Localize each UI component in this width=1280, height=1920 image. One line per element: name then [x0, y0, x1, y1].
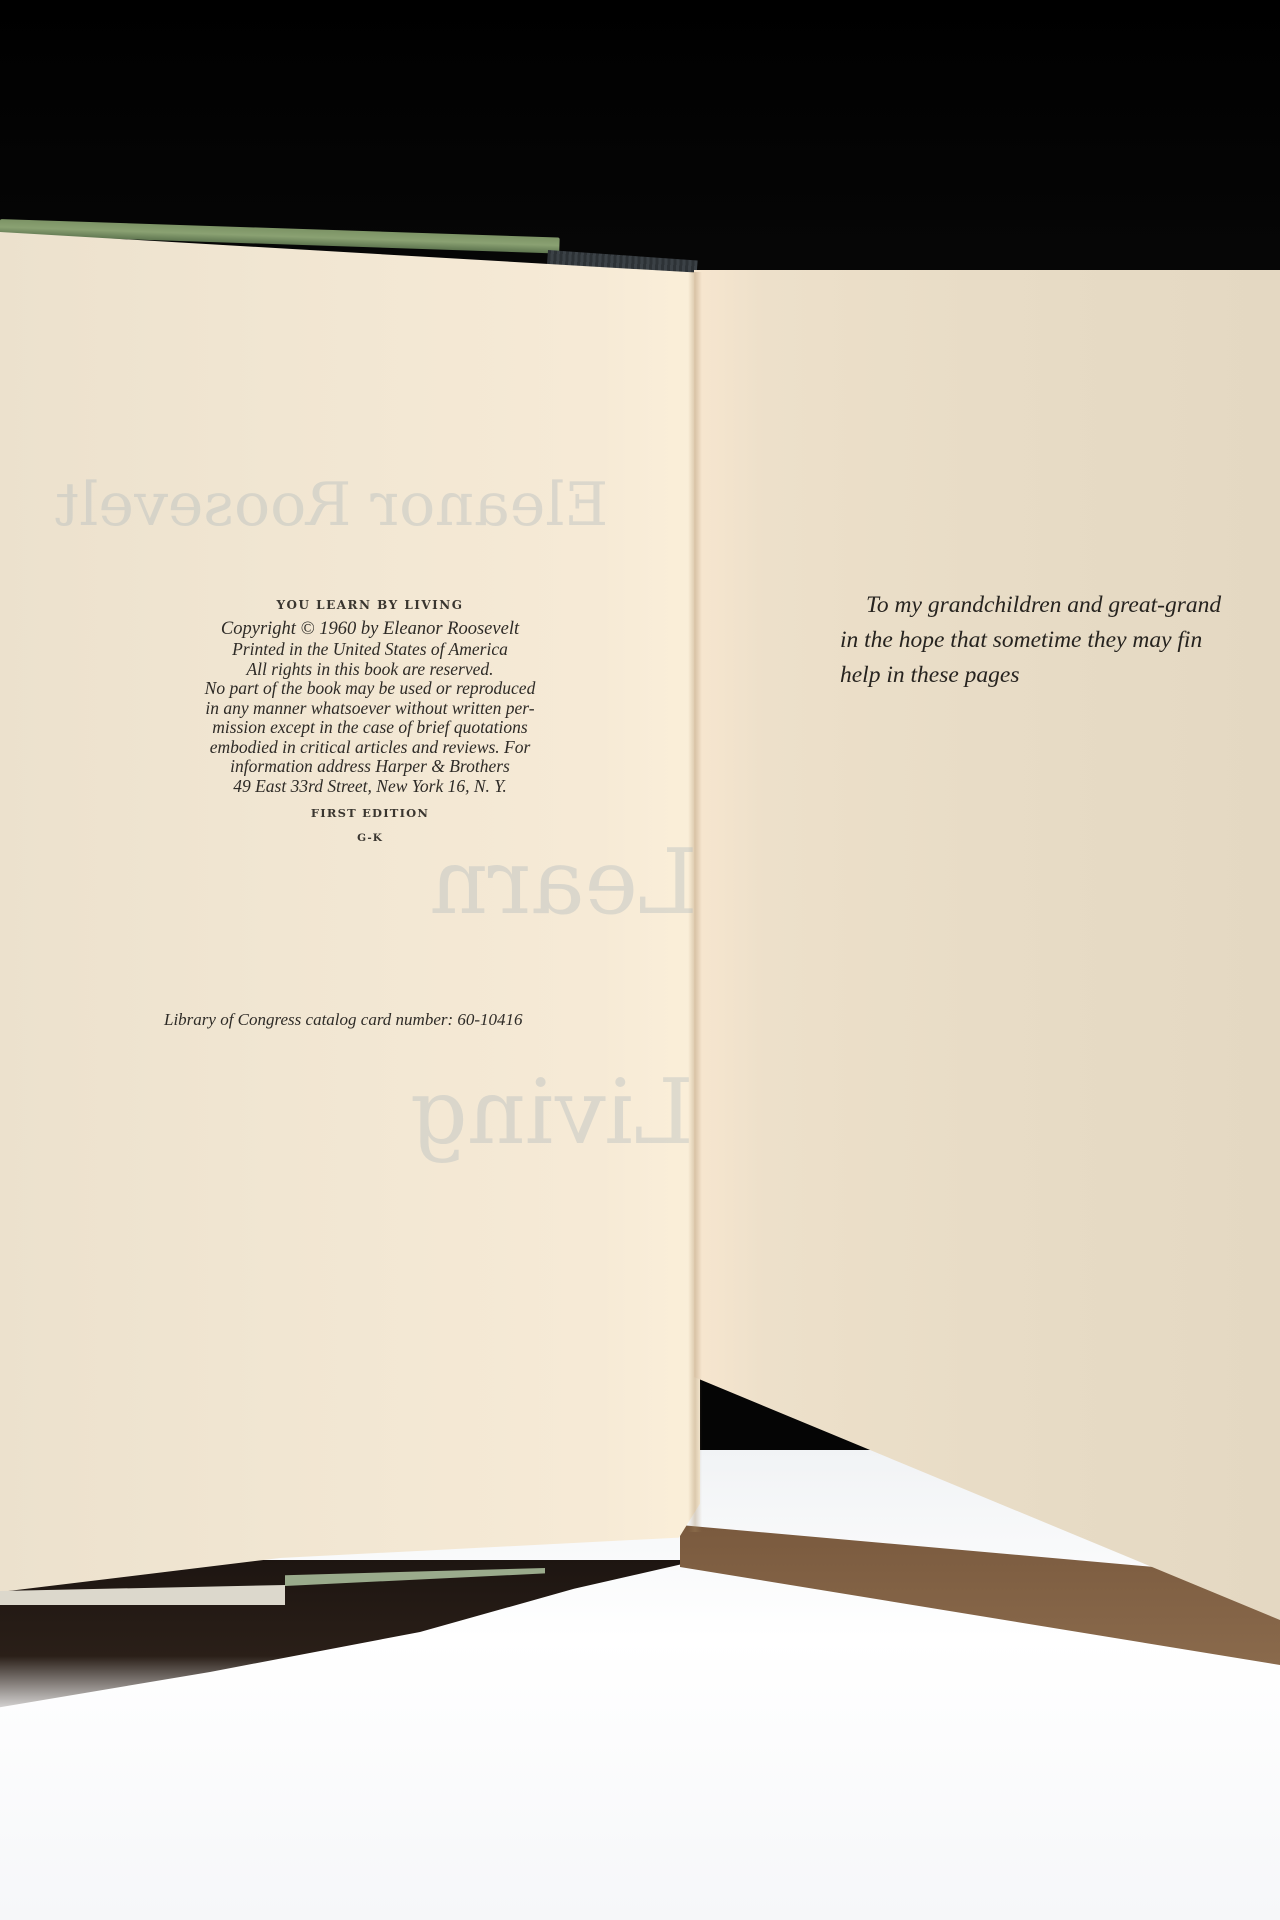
copyright-text-line: mission except in the case of brief quot…: [160, 718, 580, 738]
copyright-notice: YOU LEARN BY LIVING Copyright © 1960 by …: [160, 598, 580, 844]
copyright-text-line: in any manner whatsoever without written…: [160, 699, 580, 719]
show-through-title-learn: Learn: [430, 830, 698, 935]
dedication-line: To my grandchildren and great-grand: [840, 588, 1280, 623]
book-photo-scene: Eleanor Roosevelt Learn Living YOU LEARN…: [0, 0, 1280, 1920]
copyright-text-line: Printed in the United States of America: [160, 640, 580, 660]
dedication-text: To my grandchildren and great-grand in t…: [840, 588, 1280, 693]
dedication-line: help in these pages: [840, 658, 1280, 693]
copyright-text-line: information address Harper & Brothers: [160, 757, 580, 777]
copyright-line: Copyright © 1960 by Eleanor Roosevelt: [160, 618, 580, 640]
copyright-text-line: 49 East 33rd Street, New York 16, N. Y.: [160, 777, 580, 797]
copyright-text-line: All rights in this book are reserved.: [160, 660, 580, 680]
edition-label: FIRST EDITION: [160, 806, 580, 820]
library-of-congress-line: Library of Congress catalog card number:…: [164, 1010, 584, 1030]
copyright-text-line: embodied in critical articles and review…: [160, 738, 580, 758]
book-title: YOU LEARN BY LIVING: [160, 598, 580, 612]
dedication-line: in the hope that sometime they may fin: [840, 623, 1280, 658]
right-page-dedication: [694, 270, 1280, 1620]
copyright-text-line: No part of the book may be used or repro…: [160, 679, 580, 699]
show-through-title-living: Living: [410, 1060, 694, 1165]
show-through-author: Eleanor Roosevelt: [55, 470, 608, 540]
printing-code: G-K: [160, 832, 580, 844]
